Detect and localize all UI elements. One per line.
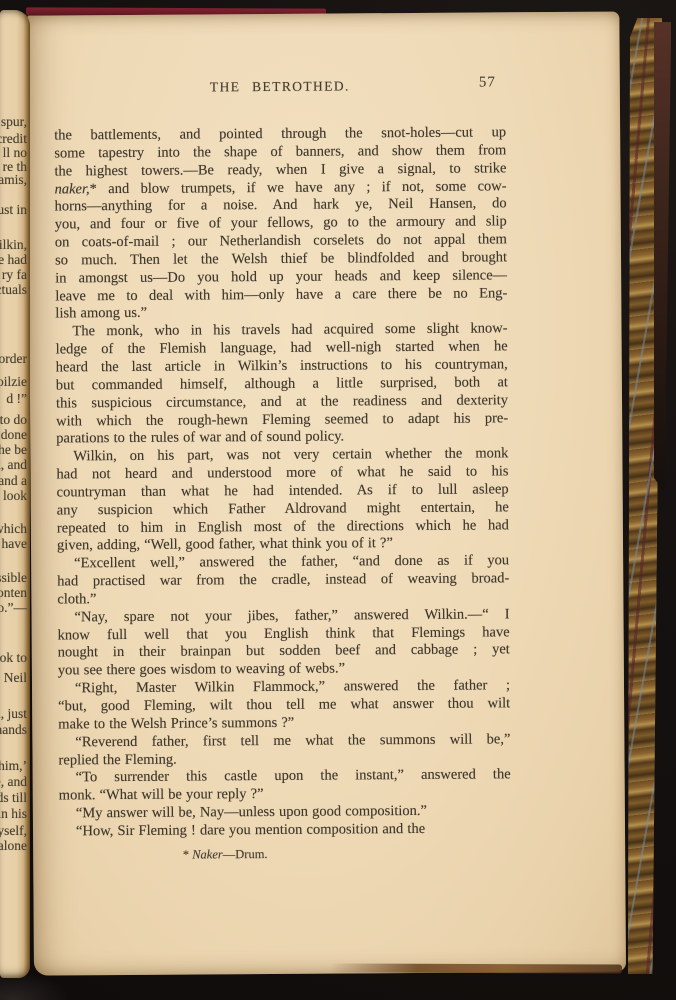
body-text: the battlements, and pointed through the…	[54, 124, 511, 841]
text-segment: leave me to deal with him—only have a ca…	[55, 285, 507, 304]
spine-text-fragment: ou look	[0, 488, 27, 503]
spine-text-fragment: ossible	[0, 570, 27, 585]
text-segment: given, adding, “Well, good father, what …	[57, 536, 393, 554]
text-line: “How, Sir Fleming ! dare you mention com…	[59, 820, 511, 841]
text-segment: you, and four or five of your fellows, g…	[55, 214, 507, 233]
footnote: * Naker—Drum.	[0, 845, 451, 863]
text-segment: replied the Fleming.	[58, 751, 176, 768]
spine-text-fragment: s to do	[0, 412, 27, 427]
text-segment: had practised war from the cradle, inste…	[57, 570, 509, 589]
text-segment: “To surrender this castle upon the insta…	[76, 767, 511, 786]
text-segment: ledge of the Flemish language, had well-…	[56, 338, 508, 357]
facing-page-edge: spur,creditll nore thamis,ust inWilkin,e…	[0, 10, 30, 978]
spine-text-fragment: Look to	[0, 650, 27, 665]
text-segment: horns—anything for a noise. And hark ye,…	[55, 196, 507, 215]
text-segment: with which the rough-hewn Fleming seemed…	[56, 410, 508, 429]
text-line: “but, good Fleming, wilt thou tell me wh…	[58, 695, 510, 716]
text-segment: nought in their brainpan but sodden beef…	[58, 642, 510, 661]
text-segment: heard the last article in Wilkin’s instr…	[56, 356, 508, 375]
spine-text-fragment: credit	[0, 131, 27, 146]
page-edge-smudge	[330, 963, 622, 973]
text-segment: “Excellent well,” answered the father, “…	[74, 553, 509, 572]
text-segment: Wilkin, on his part, was not very certai…	[73, 446, 508, 465]
spine-text-fragment: s, Neil	[0, 670, 27, 685]
text-segment: some tapestry into the shape of banners,…	[54, 142, 506, 161]
spine-text-fragment: no.”—	[0, 600, 27, 615]
spine-text-fragment: n done	[0, 427, 27, 442]
text-segment: cloth.”	[57, 591, 96, 607]
text-block: THE BETROTHED. 57 the battlements, and p…	[54, 76, 511, 863]
spine-text-fragment: and a	[0, 473, 27, 488]
spine-text-fragment: ce, and	[0, 774, 27, 789]
spine-text-fragment: ll no	[0, 145, 27, 160]
italic-text: naker,	[54, 181, 89, 197]
text-segment: countryman than what he had intended. As…	[57, 481, 509, 500]
spine-text-fragment: he be	[0, 442, 27, 457]
spine-text-fragment: ill, just	[0, 706, 27, 721]
text-segment: “but, good Fleming, wilt thou tell me wh…	[58, 695, 510, 714]
text-segment: monk. “What will be your reply ?”	[59, 786, 264, 803]
text-segment: the highest towers.—Be ready, when I giv…	[54, 160, 506, 179]
corner-shadow	[0, 972, 70, 1000]
text-line: leave me to deal with him—only have a ca…	[55, 285, 507, 306]
text-segment: you see there goes wisdom to weaving of …	[58, 661, 345, 679]
text-segment: “My answer will be, Nay—unless upon good…	[76, 803, 427, 821]
text-line: with which the rough-hewn Fleming seemed…	[56, 410, 508, 431]
text-segment: —Drum.	[223, 847, 268, 861]
spine-text-fragment: ust in	[0, 202, 27, 217]
text-line: repeated to him in English most of the d…	[57, 517, 509, 538]
text-line: had practised war from the cradle, inste…	[57, 570, 509, 591]
text-segment: know full well that you English think th…	[58, 624, 510, 643]
text-segment: this suspicious circumstance, and at the…	[56, 392, 508, 411]
text-segment: “Nay, spare not your jibes, father,” ans…	[74, 606, 509, 625]
page-header: THE BETROTHED. 57	[54, 76, 506, 95]
text-segment: * and blow trumpets, if we have any ; if…	[90, 178, 507, 197]
spine-text-fragment: e have	[0, 536, 27, 551]
spine-text-fragment: amis,	[0, 172, 27, 187]
text-segment: parations to the rules of war and of sou…	[56, 429, 344, 447]
spine-text-fragment: emands	[0, 722, 27, 737]
spine-text-fragment: in his	[0, 806, 27, 821]
book-page: THE BETROTHED. 57 the battlements, and p…	[27, 12, 626, 976]
italic-text: Naker	[192, 847, 223, 861]
spine-text-fragment: nds till	[0, 790, 27, 805]
spine-text-fragment: ry fa	[0, 267, 27, 282]
spine-text-fragment: Wilkin,	[0, 237, 27, 252]
text-line: “Reverend father, first tell me what the…	[58, 731, 510, 752]
running-header: THE BETROTHED.	[210, 78, 350, 94]
page-number: 57	[479, 74, 496, 91]
text-segment: on coats-of-mail ; our Netherlandish cor…	[55, 231, 507, 250]
spine-text-fragment: oilzie	[0, 374, 27, 389]
book-photo: THE BETROTHED. 57 the battlements, and p…	[0, 0, 676, 1000]
cover-board-edge	[654, 22, 671, 492]
text-segment: the battlements, and pointed through the…	[54, 124, 506, 143]
spine-text-fragment: order	[0, 351, 27, 366]
text-segment: *	[183, 847, 192, 861]
text-segment: The monk, who in his travels had acquire…	[72, 321, 507, 340]
text-segment: in amongst us—Do you hold up your heads …	[55, 267, 507, 286]
text-segment: repeated to him in English most of the d…	[57, 517, 509, 536]
text-segment: “Right, Master Wilkin Flammock,” answere…	[75, 677, 510, 696]
text-segment: “How, Sir Fleming ! dare you mention com…	[76, 821, 425, 839]
spine-text-fragment: thyself,	[0, 823, 27, 838]
spine-text-fragment: spur,	[0, 114, 27, 129]
spine-text-fragment: l alone	[0, 838, 27, 853]
text-segment: lish among us.”	[55, 305, 147, 322]
spine-text-fragment: rd, and	[0, 457, 27, 472]
spine-text-fragment: ctuals	[0, 282, 27, 297]
text-line: “To surrender this castle upon the insta…	[59, 767, 511, 788]
spine-text-fragment: conten	[0, 585, 27, 600]
text-line: nought in their brainpan but sodden beef…	[58, 642, 510, 663]
text-segment: so much. Then let the Welsh thief be bli…	[55, 249, 507, 268]
text-segment: but commanded himself, although a little…	[56, 374, 508, 393]
text-segment: any suspicion which Father Aldrovand mig…	[57, 499, 509, 518]
spine-text-fragment: e had	[0, 252, 27, 267]
text-segment: make to the Welsh Prince’s summons ?”	[58, 715, 294, 733]
text-segment: had not heard and understood more of wha…	[56, 463, 508, 482]
spine-text-fragment: d !”	[0, 391, 27, 406]
spine-text-fragment: which	[0, 521, 27, 536]
spine-text-fragment: r him,’	[0, 758, 27, 773]
text-segment: “Reverend father, first tell me what the…	[75, 731, 510, 750]
